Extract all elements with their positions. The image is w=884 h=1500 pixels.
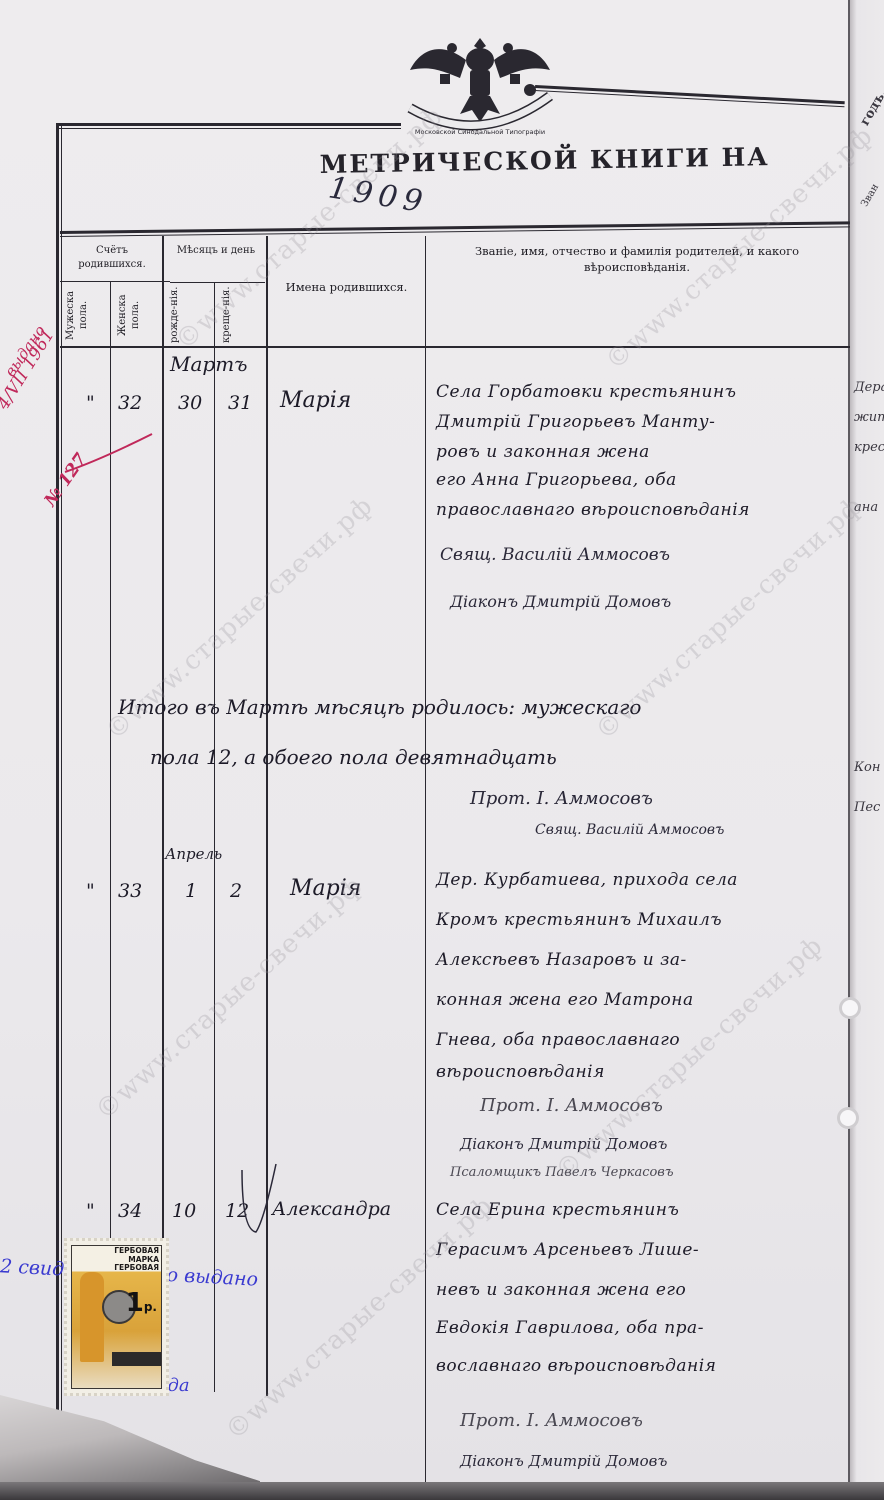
header-female: Женска пола. [116,286,156,344]
entry-birth-day: 30 [178,392,202,414]
header-month-day: Мѣсяцъ и день [166,244,266,258]
worker-figure-icon [80,1272,104,1362]
entry-signature: Діаконъ Дмитрій Домовъ [460,1135,667,1153]
entry-birth-day: 10 [172,1200,196,1222]
column-line [162,236,164,1396]
entry-parents-line: Гнева, оба православнаго [436,1030,680,1050]
entry-signature: Псаломщикъ Павелъ Черкасовъ [450,1165,674,1180]
entry-child-name: Марія [290,876,361,901]
entry-male-count: " [86,1200,95,1222]
header-count-group: Счётъ родившихся. [62,244,162,271]
book-bottom-edge [0,1482,884,1500]
summary-signature: Прот. І. Аммосовъ [470,788,653,809]
header-names: Имена родившихся. [268,280,425,296]
next-page-fragment: крес [854,440,884,455]
entry-parents-line: православнаго вѣроисповѣданія [436,500,750,520]
entry-parents-line: Евдокія Гаврилова, оба пра- [436,1318,704,1338]
stamp-currency: р. [144,1300,157,1314]
entry-parents-line: Дер. Курбатиева, прихода села [436,870,738,890]
header-baptism: креще-нія. [220,286,260,344]
entry-male-count: " [86,880,95,902]
entry-parents-line: Дмитрій Григорьевъ Манту- [436,412,715,432]
entry-baptism-day: 2 [230,880,242,902]
subheader-divider [60,281,170,282]
entry-signature: Діаконъ Дмитрій Домовъ [460,1452,667,1470]
stamp-title: ГЕРБОВАЯ МАРКА ГЕРБОВАЯ [76,1247,159,1273]
adjacent-page-edge: годъ, Зван Дера жито крес Кон Пес ана [848,0,884,1500]
column-line [214,282,215,1392]
entry-parents-line: ровъ и законная жена [436,442,650,462]
stamp-value-number: 1 [126,1288,144,1318]
entry-female-count: 33 [118,880,142,902]
handwritten-year: 1909 [326,170,431,220]
ship-icon [112,1352,162,1366]
header-parents: Званіе, имя, отчество и фамилія родителе… [428,244,846,275]
next-page-fragment: ана [854,500,878,515]
header-male: Мужеска пола. [64,286,104,344]
summary-signature: Свящ. Василій Аммосовъ [535,822,724,838]
binding-hole [840,1110,856,1126]
next-page-fragment: Кон [854,760,880,775]
entry-female-count: 34 [118,1200,142,1222]
next-page-fragment: Дера [854,380,884,395]
entry-signature: Свящ. Василій Аммосовъ [440,545,670,565]
entry-parents-line: Села Ерина крестьянинъ [436,1200,679,1220]
entry-birth-day: 1 [185,880,197,902]
column-line [425,236,426,1496]
subheader-divider [170,282,265,283]
checkmark-annotation-icon [238,1160,278,1240]
entry-parents-line: вѣроисповѣданія [436,1062,605,1082]
entry-month: Мартъ [170,352,248,376]
entry-male-count: " [86,392,95,414]
stamp-value: 1р. [126,1288,157,1318]
entry-signature: Прот. І. Аммосовъ [480,1095,663,1116]
entry-parents-line: его Анна Григорьева, оба [436,470,677,490]
header-birth: рожде-нія. [168,286,208,344]
page-frame-left [56,125,62,1500]
header-divider [60,346,850,348]
entry-parents-line: Села Горбатовки крестьянинъ [436,382,737,402]
entry-child-name: Марія [280,388,351,413]
entry-signature: Діаконъ Дмитрій Домовъ [450,592,671,611]
entry-baptism-day: 31 [228,392,252,414]
entry-female-count: 32 [118,392,142,414]
entry-parents-line: невъ и законная жена его [436,1280,686,1300]
entry-child-name: Александра [272,1198,391,1220]
next-page-fragment: годъ, [857,87,884,129]
entry-parents-line: Герасимъ Арсеньевъ Лише- [436,1240,699,1260]
entry-month: Апрель [165,845,222,863]
binding-hole [842,1000,858,1016]
emblem-ribbon-text: Московской Синодальной Типографіи [415,128,545,136]
next-page-fragment: Зван [859,182,881,209]
entry-parents-line: Кромъ крестьянинъ Михаилъ [436,910,722,930]
summary-line: Итого въ Мартѣ мѣсяцѣ родилось: мужескаг… [118,695,641,719]
entry-parents-line: Алексѣевъ Назаровъ и за- [436,950,687,970]
imperial-eagle-emblem-icon: Московской Синодальной Типографіи [400,30,560,150]
entry-parents-line: вославнаго вѣроисповѣданія [436,1356,716,1376]
next-page-fragment: жито [854,410,884,425]
page-title: МЕТРИЧЕСКОЙ КНИГИ НА1909 [319,141,840,214]
red-underline-stroke-icon [60,430,160,480]
entry-signature: Прот. І. Аммосовъ [460,1410,643,1431]
page-frame-top [56,123,401,129]
summary-line: пола 12, а обоего пола девятнадцать [150,745,557,769]
revenue-stamp: ГЕРБОВАЯ МАРКА ГЕРБОВАЯ 1р. [64,1238,169,1396]
next-page-fragment: Пес [854,800,880,815]
entry-parents-line: конная жена его Матрона [436,990,694,1010]
